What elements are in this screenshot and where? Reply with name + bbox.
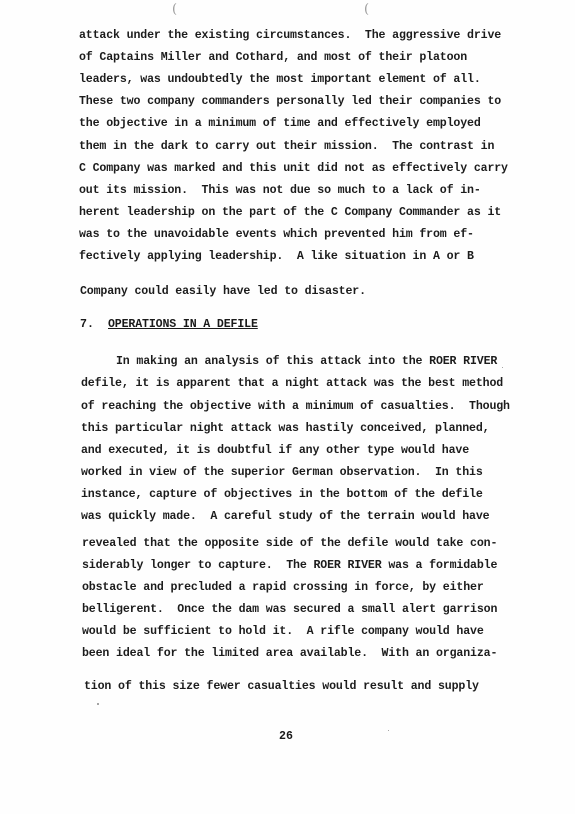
scan-speck [388,730,389,731]
text-line: siderably longer to capture. The ROER RI… [82,559,497,573]
text-line: of Captains Miller and Cothard, and most… [79,51,467,65]
scan-speck [97,703,99,705]
text-line: obstacle and precluded a rapid crossing … [82,581,484,595]
page-number: 26 [279,730,293,743]
text-line: Company could easily have led to disaste… [80,285,366,299]
text-line: herent leadership on the part of the C C… [79,206,501,220]
document-page: ( ( attack under the existing circumstan… [0,0,575,814]
text-line: tion of this size fewer casualties would… [84,680,479,694]
text-line: of reaching the objective with a minimum… [81,400,510,414]
text-line: was to the unavoidable events which prev… [79,228,474,242]
top-mark-right: ( [364,2,369,17]
text-line: worked in view of the superior German ob… [81,466,483,480]
text-line: In making an analysis of this attack int… [116,355,497,369]
text-line: fectively applying leadership. A like si… [79,250,474,264]
text-line: them in the dark to carry out their miss… [79,140,494,154]
text-line: These two company commanders personally … [79,95,501,109]
text-line: was quickly made. A careful study of the… [81,510,489,524]
text-line: revealed that the opposite side of the d… [82,537,497,551]
text-line: belligerent. Once the dam was secured a … [82,603,497,617]
text-line: C Company was marked and this unit did n… [79,162,508,176]
text-line: and executed, it is doubtful if any othe… [81,444,469,458]
section-title: OPERATIONS IN A DEFILE [108,318,258,332]
text-line: this particular night attack was hastily… [81,422,489,436]
top-mark-left: ( [172,2,177,17]
text-line: leaders, was undoubtedly the most import… [79,73,481,87]
scan-speck [502,367,503,368]
text-line: attack under the existing circumstances.… [79,29,501,43]
text-line: out its mission. This was not due so muc… [79,184,481,198]
text-line: defile, it is apparent that a night atta… [81,377,503,391]
text-line: instance, capture of objectives in the b… [81,488,483,502]
text-line: would be sufficient to hold it. A rifle … [82,625,484,639]
section-number: 7. [80,318,94,332]
text-line: been ideal for the limited area availabl… [82,647,497,661]
text-line: the objective in a minimum of time and e… [79,117,481,131]
